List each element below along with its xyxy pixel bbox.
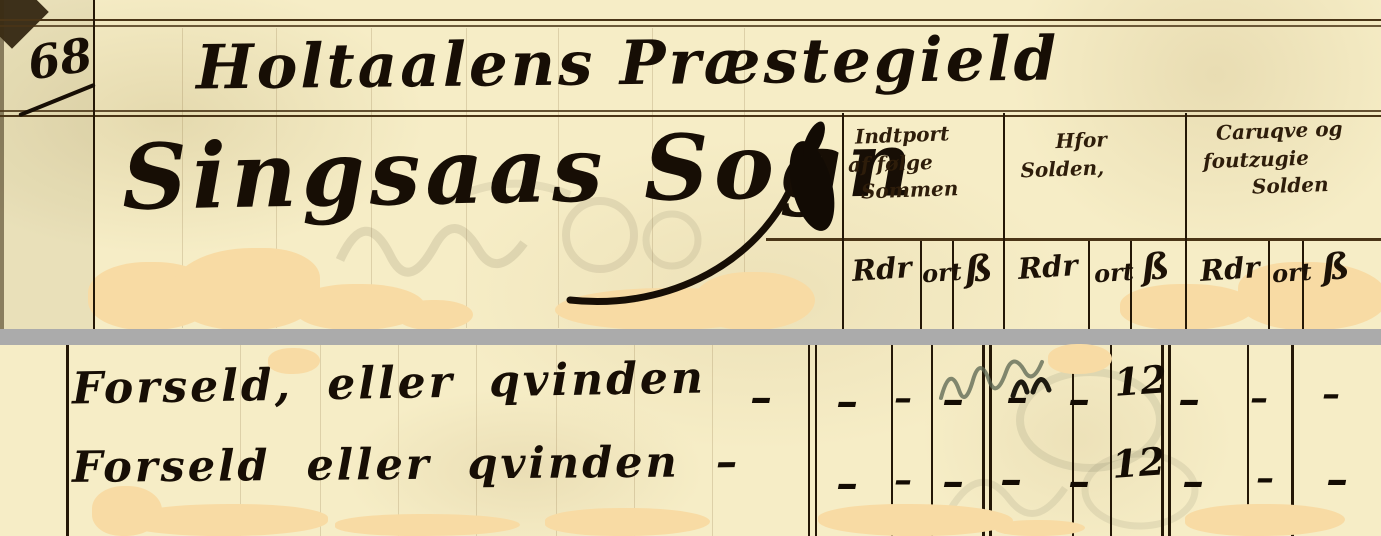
subcol-label-rdr: Rdr	[1199, 250, 1261, 288]
stain-blob	[545, 508, 710, 536]
cell-value: –	[1178, 378, 1200, 422]
column-header-line: Indtport	[855, 120, 957, 151]
column-header-line: Sommen	[861, 175, 959, 206]
row-trailing-dash: –	[750, 376, 772, 420]
subcol-label-ort: ort	[921, 257, 963, 289]
stain-blob	[335, 514, 520, 536]
manuscript-page: 68 Holtaalens Præstegield Singsaas Sogn …	[0, 0, 1381, 536]
margin-divider	[66, 345, 69, 536]
subcolumn-divider	[1110, 345, 1112, 536]
subcolumn-divider	[920, 241, 922, 329]
stain-blob	[170, 248, 320, 330]
subcol-label-ort: ort	[1271, 257, 1313, 289]
column-header-line: Caruqve og	[1216, 115, 1343, 147]
cell-value: –	[1182, 460, 1204, 504]
cell-value-12: 12	[1113, 360, 1168, 402]
page-number: 68	[24, 27, 96, 90]
subcol-label-ss: ß	[1141, 245, 1171, 289]
stain-blob	[1120, 284, 1255, 330]
subcol-label-ort: ort	[1093, 257, 1135, 289]
column-header-2: Hfor Solden,	[1009, 126, 1108, 185]
title-rule	[0, 110, 1381, 112]
stain-blob	[818, 504, 1013, 536]
column-header-line: Solden	[1251, 171, 1344, 202]
cell-value: –	[1250, 380, 1268, 416]
subcolumn-divider	[1268, 241, 1270, 329]
cell-value: –	[1068, 460, 1090, 504]
subcol-label-rdr: Rdr	[851, 250, 913, 288]
top-rule	[0, 19, 1381, 21]
cell-value: –	[942, 460, 964, 504]
row-label: Forseld eller qvinden –	[72, 437, 741, 493]
cell-value: –	[1326, 458, 1348, 502]
row-label: Forseld, eller qvinden	[72, 352, 707, 414]
scan-divider-band	[0, 329, 1381, 345]
cell-value: –	[894, 380, 912, 416]
margin-divider	[93, 0, 95, 329]
column-divider	[1003, 113, 1005, 329]
cell-value: –	[836, 380, 858, 424]
cell-value: –	[1068, 378, 1090, 422]
subcol-label-rdr: Rdr	[1017, 248, 1079, 286]
top-rule	[0, 25, 1381, 27]
column-divider	[815, 345, 817, 536]
stain-blob	[118, 504, 328, 536]
subcolumn-divider	[1088, 241, 1090, 329]
column-header-line: Solden,	[1020, 154, 1108, 185]
column-header-line: Hfor	[1055, 126, 1107, 155]
page-left-edge	[0, 0, 4, 329]
cell-value: –	[894, 462, 912, 498]
subcol-label-ss: ß	[1321, 245, 1351, 289]
column-header-1: Indtport af følge Sommen	[847, 120, 959, 207]
subcol-label-ss: ß	[964, 247, 994, 291]
column-header-line: af følge	[848, 148, 958, 179]
column-divider	[1168, 345, 1171, 536]
cell-value: –	[1322, 376, 1340, 412]
stain-blob	[398, 300, 473, 330]
cell-value-12: 12	[1111, 442, 1166, 484]
column-divider	[808, 345, 810, 536]
column-header-3: Caruqve og foutzugie Solden	[1194, 115, 1345, 203]
cell-value: –	[836, 462, 858, 506]
cell-value: –	[1000, 458, 1022, 502]
cell-value: –	[1256, 460, 1274, 496]
column-divider	[1185, 113, 1187, 329]
parish-title: Holtaalens Præstegield	[196, 23, 1060, 103]
